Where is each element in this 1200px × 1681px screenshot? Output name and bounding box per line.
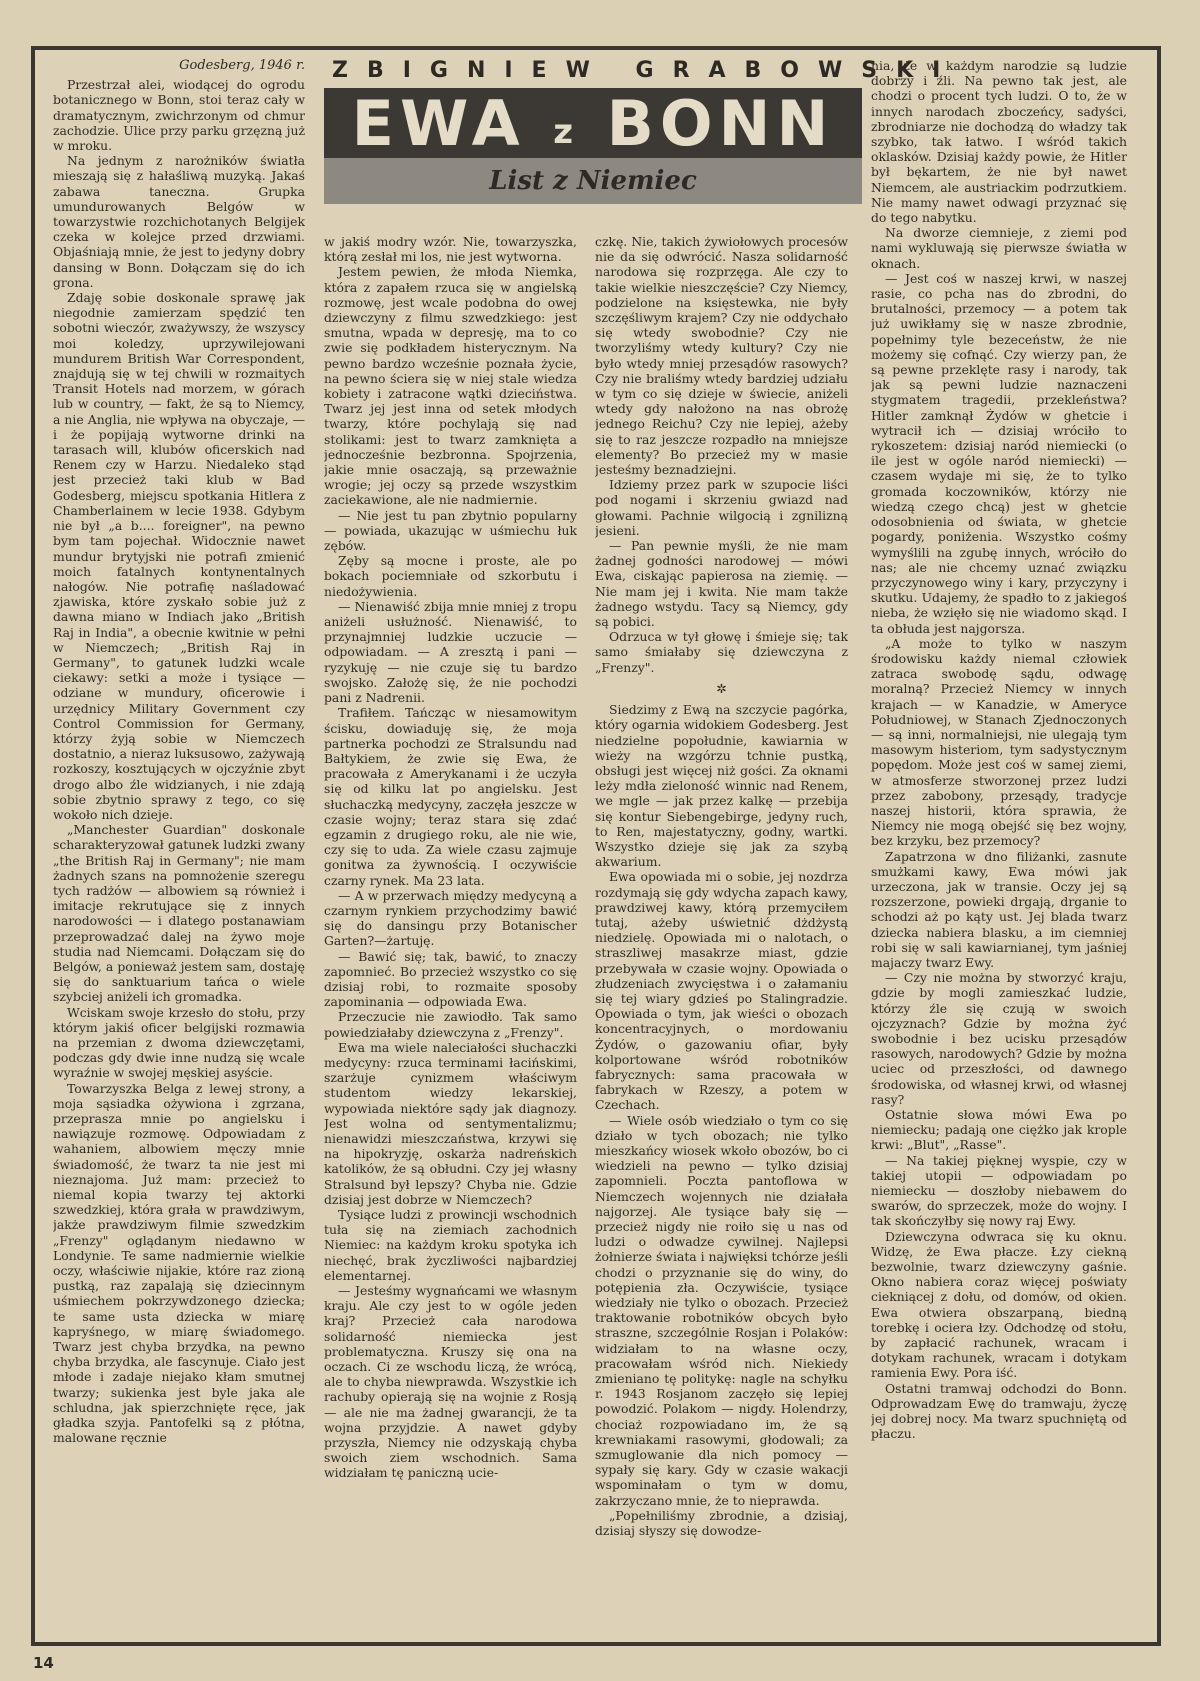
paragraph: Jestem pewien, że młoda Niemka, która z … (324, 264, 577, 507)
paragraph: — Jesteśmy wygnańcami we własnym kraju. … (324, 1283, 577, 1481)
column-1: Godesberg, 1946 r. Przestrzał alei, wiod… (53, 58, 305, 1638)
paragraph: Ewa opowiada mi o sobie, jej nozdrza roz… (595, 869, 848, 1112)
section-separator: ✲ (595, 681, 848, 696)
paragraph: — Na takiej pięknej wyspie, czy w takiej… (871, 1153, 1127, 1229)
paragraph: czkę. Nie, takich żywiołowych procesów n… (595, 234, 848, 477)
title-part-3: BONN (607, 87, 835, 160)
paragraph: Idziemy przez park w szupocie liści pod … (595, 477, 848, 538)
author-name: ZBIGNIEW GRABOWSKI (332, 58, 862, 88)
column-4: nia, że w każdym narodzie są ludzie dobr… (871, 58, 1127, 1638)
dateline: Godesberg, 1946 r. (53, 58, 305, 73)
paragraph: Ostatni tramwaj odchodzi do Bonn. Odprow… (871, 1381, 1127, 1442)
column-4-text: nia, że w każdym narodzie są ludzie dobr… (871, 58, 1127, 1441)
paragraph: Wciskam swoje krzesło do stołu, przy któ… (53, 1005, 305, 1081)
paragraph: Na dworze ciemnieje, z ziemi pod nami wy… (871, 225, 1127, 271)
paragraph: Zdaję sobie doskonale sprawę jak niegodn… (53, 290, 305, 822)
paragraph: nia, że w każdym narodzie są ludzie dobr… (871, 58, 1127, 225)
title-part-2: z (553, 112, 579, 152)
paragraph: Ewa ma wiele naleciałości słuchaczki med… (324, 1040, 577, 1207)
paragraph: Tysiące ludzi z prowincji wschodnich tuł… (324, 1207, 577, 1283)
paragraph: Dziewczyna odwraca się ku oknu. Widzę, ż… (871, 1229, 1127, 1381)
paragraph: — A w przerwach między medycyną a czarny… (324, 888, 577, 949)
page-number: 14 (33, 1654, 54, 1672)
column-2: w jakiś modry wzór. Nie, towarzyszka, kt… (324, 234, 577, 1639)
column-2-text: w jakiś modry wzór. Nie, towarzyszka, kt… (324, 234, 577, 1481)
paragraph: w jakiś modry wzór. Nie, towarzyszka, kt… (324, 234, 577, 264)
paragraph: — Jest coś w naszej krwi, w naszej rasie… (871, 271, 1127, 636)
paragraph: Towarzyszka Belga z lewej strony, a moja… (53, 1081, 305, 1446)
paragraph: Przeczucie nie zawiodło. Tak samo powied… (324, 1009, 577, 1039)
title-part-1: EWA (352, 87, 526, 160)
column-1-text: Przestrzał alei, wiodącej do ogrodu bota… (53, 77, 305, 1445)
article-header: ZBIGNIEW GRABOWSKI EWA z BONN List z Nie… (324, 58, 862, 204)
paragraph: — Bawić się; tak, bawić, to znaczy zapom… (324, 949, 577, 1010)
article-frame: Godesberg, 1946 r. Przestrzał alei, wiod… (31, 46, 1161, 1646)
article-subtitle: List z Niemiec (489, 166, 697, 196)
paragraph: „Manchester Guardian" doskonale scharakt… (53, 822, 305, 1004)
paragraph: Trafiłem. Tańcząc w niesamowitym ścisku,… (324, 705, 577, 887)
subtitle-bar: List z Niemiec (324, 158, 862, 204)
paragraph: „A może to tylko w naszym środowisku każ… (871, 636, 1127, 849)
paragraph: — Czy nie można by stworzyć kraju, gdzie… (871, 970, 1127, 1107)
paragraph: Ostatnie słowa mówi Ewa po niemiecku; pa… (871, 1107, 1127, 1153)
paragraph: — Wiele osób wiedziało o tym co się dzia… (595, 1113, 848, 1508)
paragraph: Zęby są mocne i proste, ale po bokach po… (324, 553, 577, 599)
paragraph: Przestrzał alei, wiodącej do ogrodu bota… (53, 77, 305, 153)
column-3: czkę. Nie, takich żywiołowych procesów n… (595, 234, 848, 1639)
paragraph: Siedzimy z Ewą na szczycie pagórka, któr… (595, 702, 848, 869)
title-bar: EWA z BONN (324, 88, 862, 158)
paragraph: Zapatrzona w dno filiżanki, zasnute smuż… (871, 849, 1127, 971)
column-3-text: czkę. Nie, takich żywiołowych procesów n… (595, 234, 848, 1538)
paragraph: „Popełniliśmy zbrodnie, a dzisiaj, dzisi… (595, 1508, 848, 1538)
paragraph: Odrzuca w tył głowę i śmieje się; tak sa… (595, 629, 848, 675)
paragraph: Na jednym z narożników światła mieszają … (53, 153, 305, 290)
paragraph: — Nie jest tu pan zbytnio popularny — po… (324, 508, 577, 554)
article-title: EWA z BONN (352, 87, 835, 160)
paragraph: — Nienawiść zbija mnie mniej z tropu ani… (324, 599, 577, 705)
paragraph: — Pan pewnie myśli, że nie mam żadnej go… (595, 538, 848, 629)
